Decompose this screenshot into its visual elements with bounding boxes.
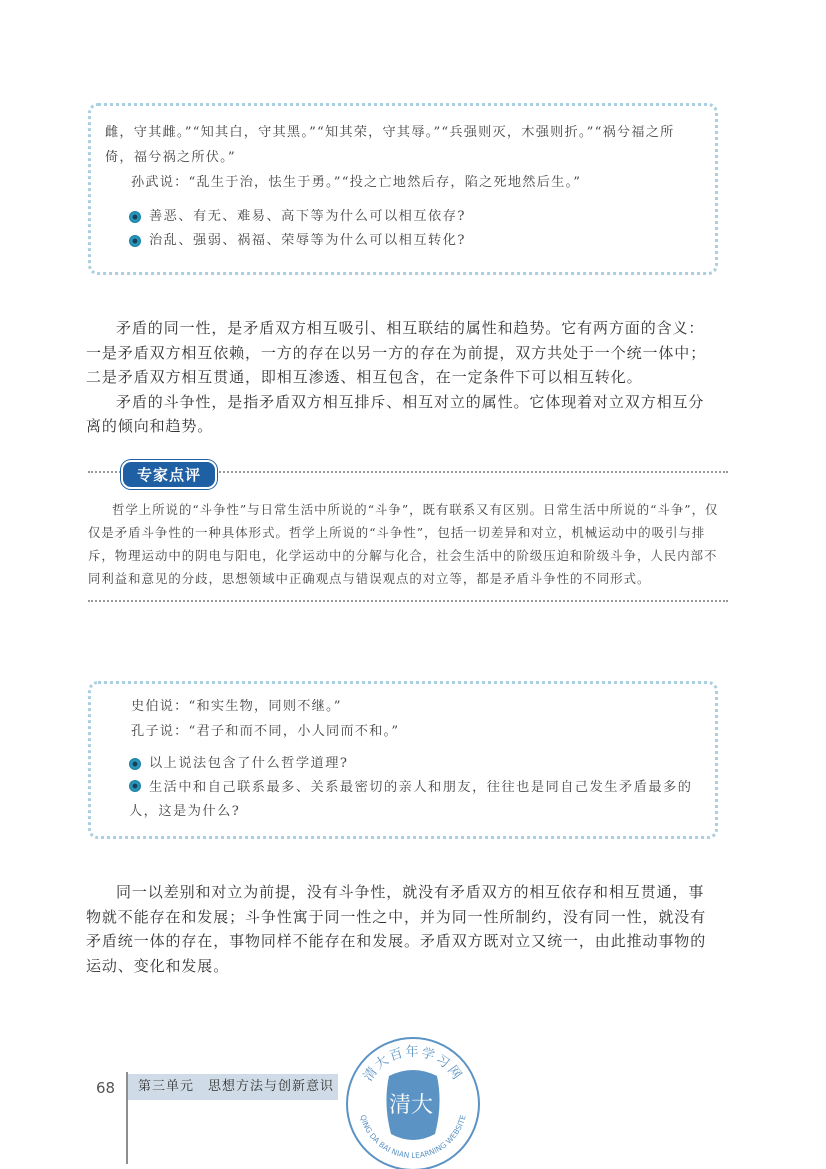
watermark-stamp-icon: 清大百年学习网 QING DA BAI NIAN LEARNING WEBSIT…	[343, 1034, 483, 1169]
bullet-icon	[129, 211, 141, 223]
confucius-quote: 孔子说：“君子和而不同，小人同而不和。”	[105, 719, 695, 744]
bullet-icon	[129, 780, 141, 792]
question-text: 生活中和自己联系最多、关系最密切的亲人和朋友，往往也是同自己发生矛盾最多的人，这…	[129, 780, 692, 819]
body-section-2: 同一以差别和对立为前提，没有斗争性，就没有矛盾双方的相互依存和相互贯通，事物就不…	[86, 880, 712, 978]
divider-bottom	[88, 600, 728, 602]
paragraph-unity: 同一以差别和对立为前提，没有斗争性，就没有矛盾双方的相互依存和相互贯通，事物就不…	[86, 880, 712, 978]
shibo-quote: 史伯说：“和实生物，同则不继。”	[105, 694, 695, 719]
quote-line: 雌，守其雌。”“知其白，守其黑。”“知其荣，守其辱。”“兵强则灭，木强则折。”“…	[105, 120, 695, 145]
chapter-label: 第三单元 思想方法与创新意识	[128, 1074, 338, 1100]
question-item: 治乱、强弱、祸福、荣辱等为什么可以相互转化?	[105, 229, 695, 253]
question-text: 善恶、有无、难易、高下等为什么可以相互依存?	[149, 205, 466, 229]
body-section-1: 矛盾的同一性，是矛盾双方相互吸引、相互联结的属性和趋势。它有两方面的含义：一是矛…	[116, 316, 712, 439]
question-item: 善恶、有无、难易、高下等为什么可以相互依存?	[105, 205, 695, 229]
question-text: 治乱、强弱、祸福、荣辱等为什么可以相互转化?	[149, 229, 466, 253]
quote-line: 倚，福兮祸之所伏。”	[105, 145, 695, 170]
discussion-box-2: 史伯说：“和实生物，同则不继。” 孔子说：“君子和而不同，小人同而不和。” 以上…	[88, 681, 718, 839]
sunwu-quote: 孙武说：“乱生于治，怯生于勇。”“投之亡地然后存，陷之死地然后生。”	[105, 170, 695, 195]
question-item: 以上说法包含了什么哲学道理?	[105, 752, 695, 776]
bullet-icon	[129, 235, 141, 247]
bullet-icon	[129, 758, 141, 770]
expert-text: 哲学上所说的“斗争性”与日常生活中所说的“斗争”，既有联系又有区别。日常生活中所…	[88, 498, 720, 590]
page-number: 68	[96, 1079, 115, 1097]
paragraph-identity: 矛盾的同一性，是矛盾双方相互吸引、相互联结的属性和趋势。它有两方面的含义：一是矛…	[86, 316, 712, 390]
question-text: 以上说法包含了什么哲学道理?	[149, 752, 349, 776]
question-item: 生活中和自己联系最多、关系最密切的亲人和朋友，往往也是同自己发生矛盾最多的人，这…	[105, 776, 695, 824]
expert-commentary: 专家点评 哲学上所说的“斗争性”与日常生活中所说的“斗争”，既有联系又有区别。日…	[88, 458, 728, 602]
svg-text:清大: 清大	[389, 1093, 433, 1118]
paragraph-struggle: 矛盾的斗争性，是指矛盾双方相互排斥、相互对立的属性。它体现着对立双方相互分离的倾…	[86, 390, 712, 439]
discussion-box-1: 雌，守其雌。”“知其白，守其黑。”“知其荣，守其辱。”“兵强则灭，木强则折。”“…	[88, 103, 718, 275]
expert-badge: 专家点评	[121, 460, 217, 489]
